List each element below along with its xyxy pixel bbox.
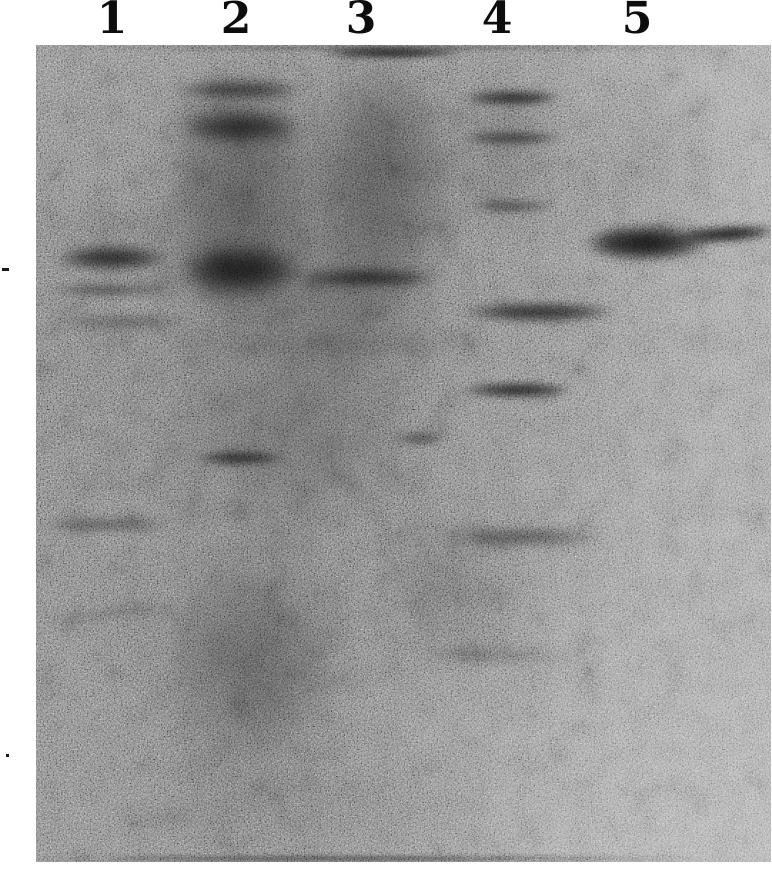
gel-region-lane3-top-dark-column [305,45,460,305]
gel-band-lane1-band-y258 [52,245,172,271]
left-margin-dash [2,268,9,271]
gel-band-lane5-major-band [578,223,713,263]
gel-band-lane2-band-y458 [193,451,288,465]
gel-band-row-smear-y345 [155,338,535,352]
gel-band-lane3-band-y278 [293,269,443,287]
gel-band-lane1-band-y290 [43,284,168,296]
lane-label-1: 1 [97,0,128,42]
gel-region-lane23-mid-shadow [160,320,440,540]
gel-band-lane5-major-band-tail [672,220,771,248]
gel-band-lane4-band-y206 [467,200,557,212]
gel-figure: 12345 [0,0,772,873]
gel-region-lane4-top-column [448,45,563,255]
gel-band-lane2-band-y90 [170,81,310,99]
gel-band-lane4-band-y390 [458,382,578,398]
gel-band-top-edge-strip [36,45,770,51]
gel-region-lane2-top-dark-column [160,50,320,350]
left-margin-dot [6,754,9,757]
gel-region-lane1-faint-smudge [45,205,175,245]
gel-region-bottom-strip-shadow [90,760,510,860]
gel-band-lane4-band-y138 [457,131,567,145]
gel-band-lane1-band-y525 [36,519,178,531]
gel-image [36,45,771,862]
lane-label-5: 5 [622,0,653,42]
gel-band-lane4-band-y312 [455,302,625,322]
gel-band-lane4-band-y537 [443,528,608,546]
gel-band-lane4-band-y98 [460,90,565,106]
gel-region-lane3-bottom-of-column [260,240,440,360]
gel-region-lane2-bottom-diffuse-blob [160,550,350,780]
gel-halftone-grain [36,45,771,862]
gel-band-top-edge-dark-segment [315,47,470,59]
gel-band-lane4-faint-band-y655 [415,649,585,662]
lane-label-3: 3 [346,0,377,42]
gel-blotch-texture [36,45,771,862]
gel-band-lane3-spot-y438 [395,432,445,445]
gel-region-lane34-lower-shadow [375,505,525,675]
gel-band-lane1-band-y322 [50,316,190,328]
lane-label-4: 4 [482,0,513,42]
gel-region-lane5-top-faint-shadow [560,100,720,230]
gel-band-lane2-blob-y272 [175,244,305,296]
gel-band-bottom-edge-line [36,855,728,862]
lane-label-2: 2 [221,0,252,42]
gel-band-lane2-blob-y127 [175,111,305,143]
gel-band-lane1-streak-y612 [55,599,185,625]
